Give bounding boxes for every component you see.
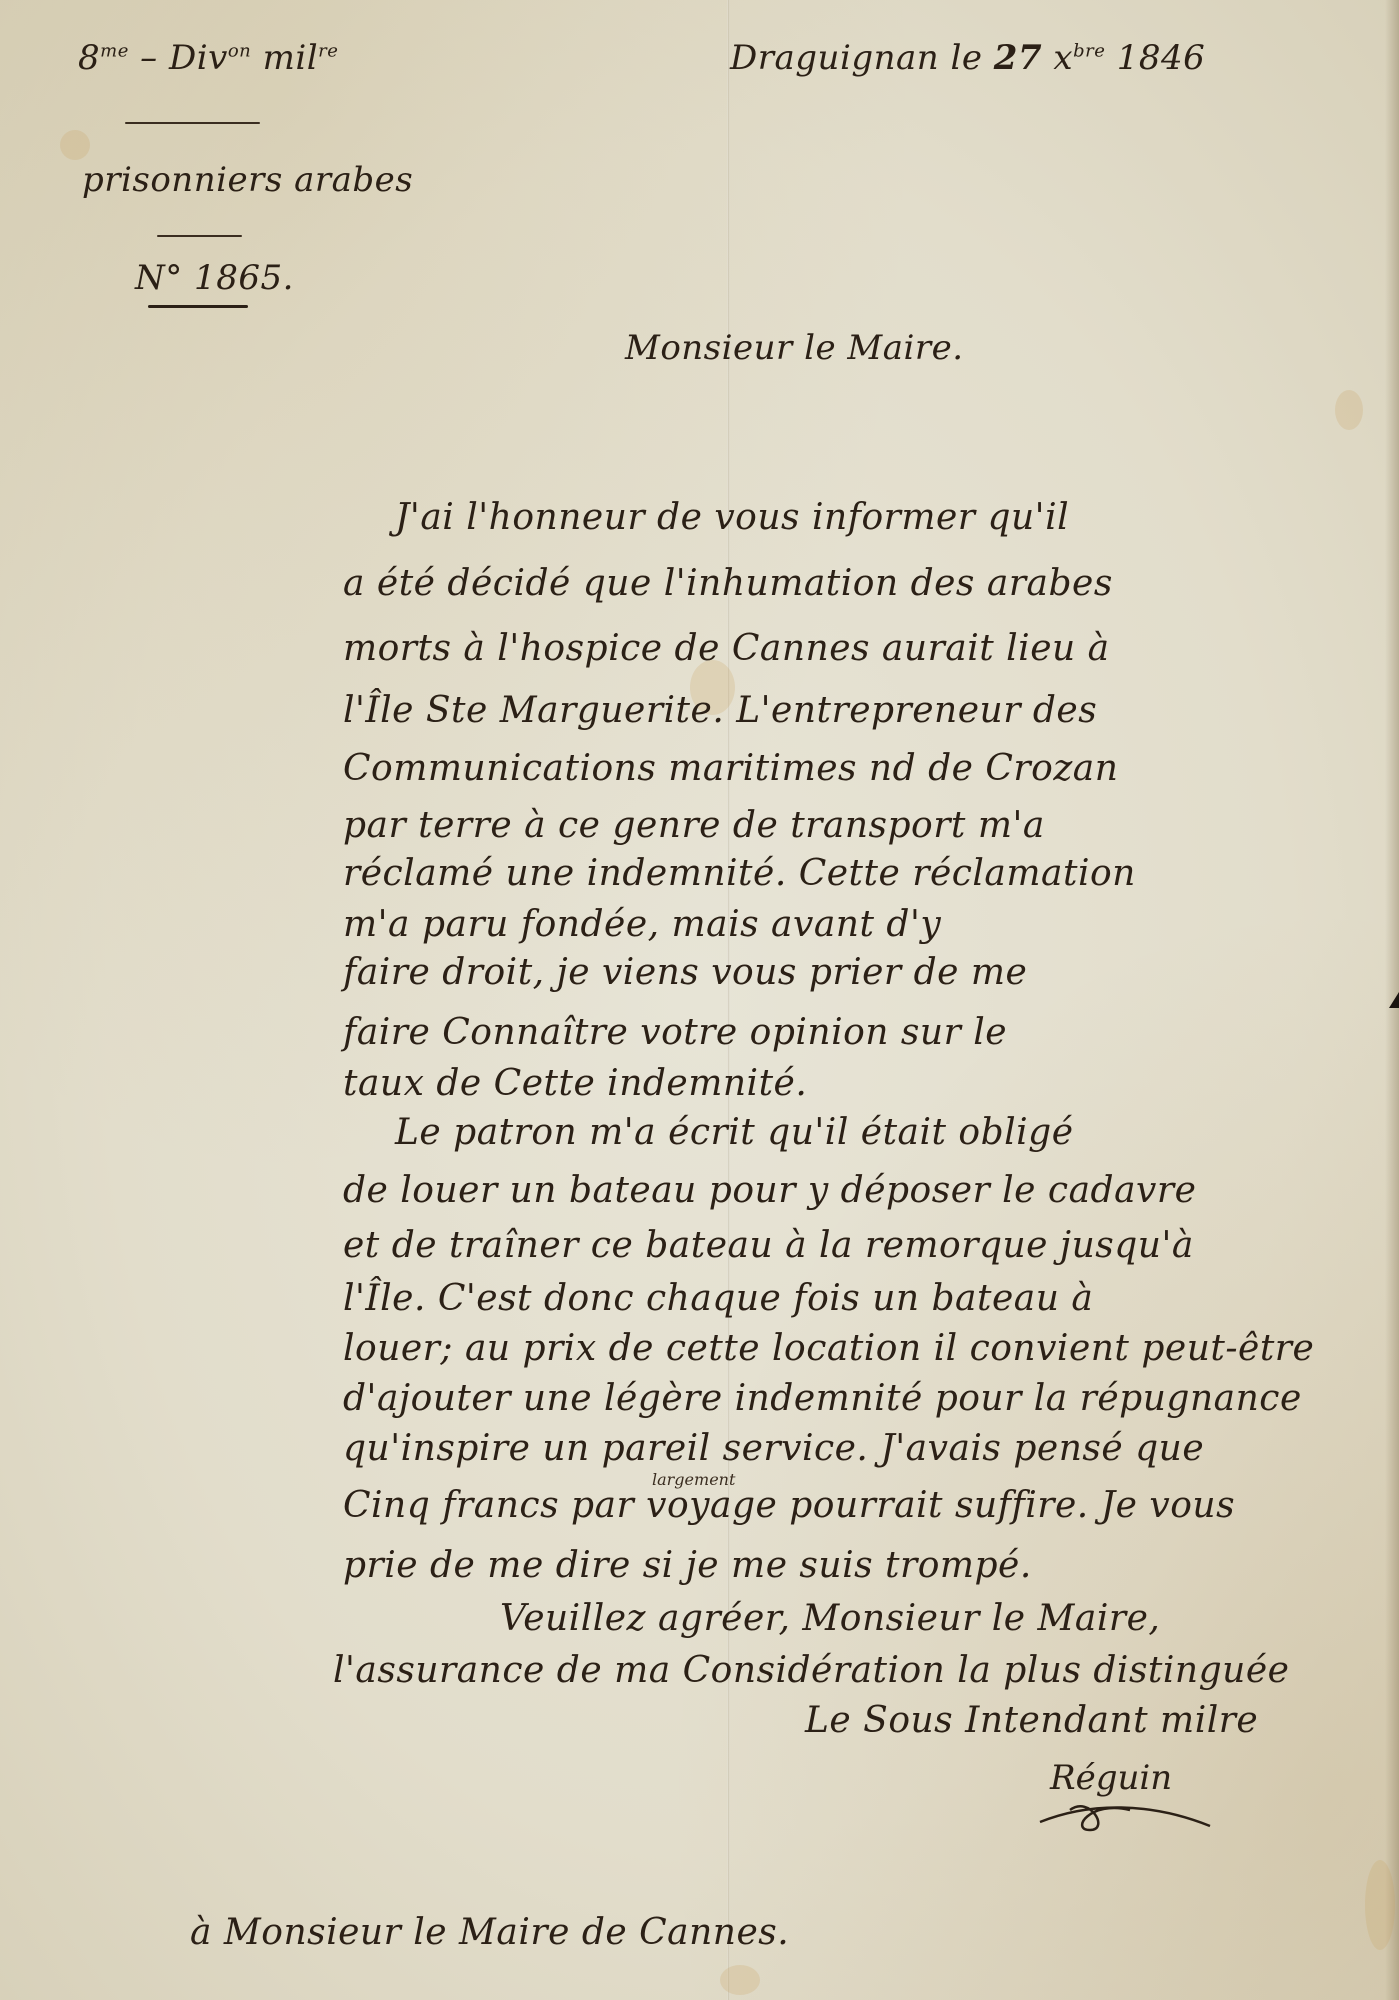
signature-flourish	[1030, 1790, 1250, 1840]
salutation: Monsieur le Maire.	[625, 328, 964, 368]
fold-crease	[727, 0, 730, 2000]
letter-page: 8me – Divon milre prisonniers arabes N° …	[0, 0, 1399, 2000]
separator-flourish	[125, 122, 260, 124]
body-line: louer; au prix de cette location il conv…	[343, 1328, 1314, 1369]
body-line: d'ajouter une légère indemnité pour la r…	[343, 1378, 1302, 1419]
body-line: réclamé une indemnité. Cette réclamation	[343, 853, 1136, 894]
body-line: J'ai l'honneur de vous informer qu'il	[395, 497, 1069, 538]
body-line: prie de me dire si je me suis trompé.	[343, 1545, 1032, 1586]
closing-line: Veuillez agréer, Monsieur le Maire,	[500, 1598, 1160, 1639]
body-line: l'Île. C'est donc chaque fois un bateau …	[343, 1278, 1093, 1319]
body-line: l'Île Ste Marguerite. L'entrepreneur des	[343, 690, 1097, 731]
stain	[720, 1965, 760, 1995]
addressee: à Monsieur le Maire de Cannes.	[190, 1912, 789, 1953]
body-line: par terre à ce genre de transport m'a	[343, 805, 1045, 846]
stain	[1365, 1860, 1395, 1950]
body-line: faire Connaître votre opinion sur le	[343, 1012, 1007, 1053]
body-line: Le patron m'a écrit qu'il était obligé	[395, 1112, 1074, 1153]
stain	[1335, 390, 1363, 430]
body-line: Cinq francs par voyage pourrait suffire.…	[343, 1485, 1235, 1526]
body-line: taux de Cette indemnité.	[343, 1063, 807, 1104]
body-line: faire droit, je viens vous prier de me	[343, 952, 1027, 993]
file-number-underline	[148, 305, 248, 308]
closing-line: l'assurance de ma Considération la plus …	[333, 1650, 1289, 1691]
place-date: Draguignan le 27 xbre 1846	[730, 38, 1205, 78]
subject-label: prisonniers arabes	[82, 160, 413, 200]
body-line: et de traîner ce bateau à la remorque ju…	[343, 1225, 1194, 1266]
division-label: 8me – Divon milre	[78, 38, 338, 78]
body-line: m'a paru fondée, mais avant d'y	[343, 904, 941, 945]
signatory-title: Le Sous Intendant milre	[805, 1700, 1258, 1741]
body-line: qu'inspire un pareil service. J'avais pe…	[343, 1428, 1204, 1469]
stain	[60, 130, 90, 160]
file-number: N° 1865.	[135, 258, 294, 298]
body-line: Communications maritimes nd de Crozan	[343, 748, 1118, 789]
separator-flourish	[157, 235, 242, 237]
body-line: morts à l'hospice de Cannes aurait lieu …	[343, 628, 1110, 669]
body-line: de louer un bateau pour y déposer le cad…	[343, 1170, 1196, 1211]
body-line: a été décidé que l'inhumation des arabes	[343, 563, 1113, 604]
